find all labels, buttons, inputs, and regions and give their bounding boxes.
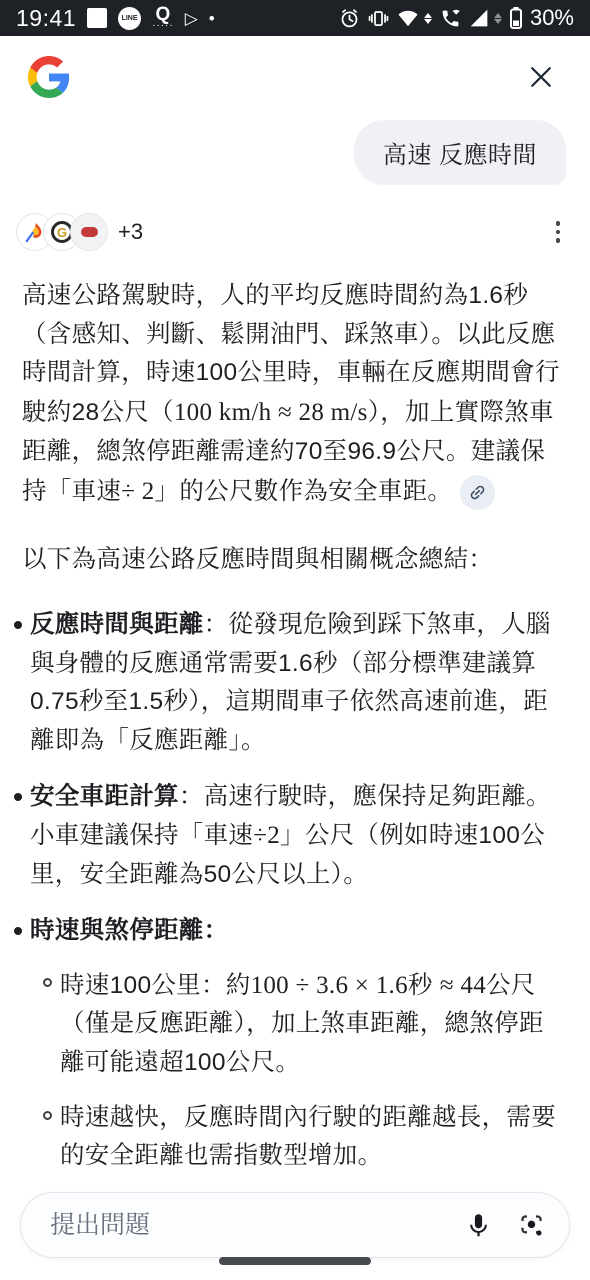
status-bar: 19:41 LINE Q ····· ▷ •: [0, 0, 590, 36]
dot-notification-icon: •: [209, 10, 215, 27]
sub-item-text: 時速越快，反應時間內行駛的距離越長，需要的安全距離也需指數型增加。: [60, 1104, 556, 1170]
lens-camera-button[interactable]: [514, 1208, 549, 1243]
status-bar-left: 19:41 LINE Q ····· ▷ •: [16, 5, 215, 32]
bottom-bar: [0, 1188, 590, 1280]
sources-row: G +3: [16, 213, 566, 251]
gesture-handle[interactable]: [219, 1257, 371, 1265]
wifi-icon: [397, 8, 419, 28]
notification-square-icon: [87, 8, 107, 28]
list-item-title: 反應時間與距離: [30, 611, 204, 638]
sub-item-text: 秒: [408, 972, 440, 999]
alarm-icon: [339, 8, 360, 29]
vibrate-icon: [368, 8, 389, 29]
play-notification-icon: ▷: [185, 10, 198, 27]
list-item-math: ÷2: [253, 822, 280, 849]
list-item-title: 安全車距計算: [30, 783, 179, 810]
summary-list: 反應時間與距離：從發現危險到踩下煞車，人腦與身體的反應通常需要1.6秒（部分標準…: [14, 606, 568, 1176]
summary-intro: 以下為高速公路反應時間與相關概念總結：: [22, 541, 568, 580]
sources-more-count[interactable]: +3: [118, 219, 143, 245]
sub-item-math: 100 ÷ 3.6 × 1.6: [251, 972, 408, 999]
wifi-calling-icon: [440, 8, 461, 29]
answer-paragraph: 高速公路駕駛時，人的平均反應時間約為1.6秒（含感知、判斷、鬆開油門、踩煞車）。…: [22, 277, 568, 511]
source-favicons[interactable]: G: [16, 213, 108, 251]
list-item-title: 時速與煞停距離：: [30, 917, 228, 944]
close-button[interactable]: [522, 58, 560, 96]
q-app-icon: Q ·····: [152, 5, 174, 31]
battery-icon: [510, 7, 522, 29]
cell-signal-icon: [469, 8, 489, 28]
header: [0, 36, 590, 98]
list-item: 時速與煞停距離： 時速100公里：約100 ÷ 3.6 × 1.6秒 ≈ 44公…: [14, 912, 568, 1176]
google-g-logo: [28, 56, 70, 98]
cell-traffic-arrows-icon: [494, 13, 502, 24]
clock-time: 19:41: [16, 5, 76, 32]
sub-list-item: 時速越快，反應時間內行駛的距離越長，需要的安全距離也需指數型增加。: [43, 1099, 568, 1176]
sub-item-text: 時速100公里：約: [60, 972, 251, 999]
answer-math: 100 km/h ≈ 28 m/s: [174, 399, 368, 426]
sub-list: 時速100公里：約100 ÷ 3.6 × 1.6秒 ≈ 44公尺（僅是反應距離）…: [43, 966, 568, 1177]
mic-button[interactable]: [461, 1208, 496, 1243]
line-app-icon: LINE: [118, 7, 141, 30]
answer-text: 」的公尺數作為安全車距。: [155, 478, 453, 505]
sub-item-math: ≈ 44: [440, 972, 486, 999]
battery-percent: 30%: [530, 5, 574, 31]
wifi-traffic-arrows-icon: [424, 13, 432, 24]
query-chip[interactable]: 高速 反應時間: [354, 120, 566, 185]
list-item: 安全車距計算：高速行駛時，應保持足夠距離。小車建議保持「車速÷2」公尺（例如時速…: [14, 778, 568, 895]
source-link-button[interactable]: [460, 475, 495, 510]
more-options-button[interactable]: [550, 215, 567, 249]
query-row: 高速 反應時間: [0, 98, 590, 185]
ask-input[interactable]: [48, 1210, 461, 1241]
answer-math: ÷ 2: [121, 478, 154, 505]
source-favicon-red-badge-icon: [70, 213, 108, 251]
sub-list-item: 時速100公里：約100 ÷ 3.6 × 1.6秒 ≈ 44公尺（僅是反應距離）…: [43, 966, 568, 1083]
ask-input-pill[interactable]: [20, 1192, 570, 1258]
status-bar-right: 30%: [339, 5, 574, 31]
list-item: 反應時間與距離：從發現危險到踩下煞車，人腦與身體的反應通常需要1.6秒（部分標準…: [14, 606, 568, 761]
